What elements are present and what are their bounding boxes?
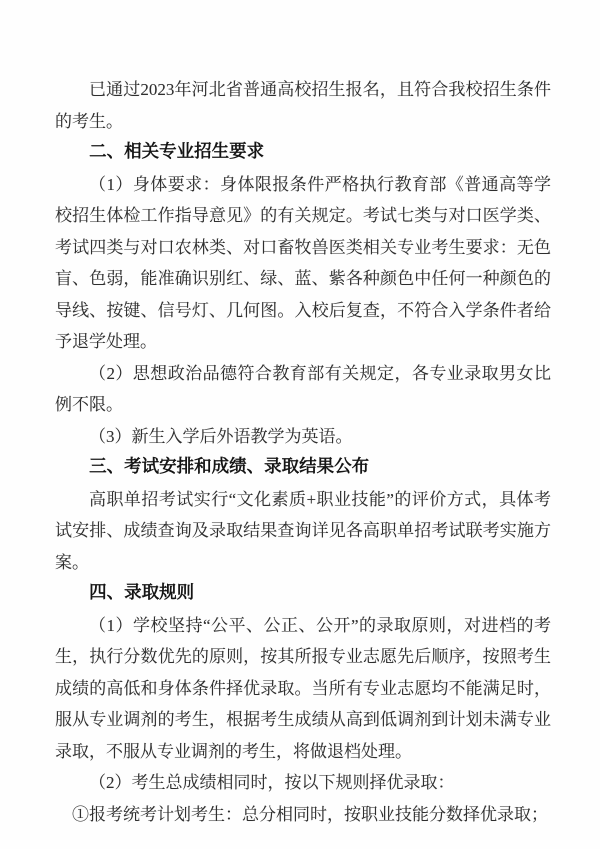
paragraph-physical-requirements: （1）身体要求：身体限报条件严格执行教育部《普通高等学校招生体检工作指导意见》的… xyxy=(55,169,551,358)
document-page: 已通过2023年河北省普通高校招生报名，且符合我校招生条件的考生。 二、相关专业… xyxy=(0,0,600,849)
paragraph-exam-evaluation: 高职单招考试实行“文化素质+职业技能”的评价方式，具体考试安排、成绩查询及录取结… xyxy=(55,484,551,579)
paragraph-tie-break-rule: （2）考生总成绩相同时，按以下规则择优录取： xyxy=(55,767,551,799)
paragraph-admission-principle: （1）学校坚持“公平、公正、公开”的录取原则，对进档的考生，执行分数优先的原则，… xyxy=(55,610,551,768)
section-heading-4-admission-rules: 四、录取规则 xyxy=(55,578,551,610)
document-content: 已通过2023年河北省普通高校招生报名，且符合我校招生条件的考生。 二、相关专业… xyxy=(55,74,551,830)
paragraph-eligibility: 已通过2023年河北省普通高校招生报名，且符合我校招生条件的考生。 xyxy=(55,74,551,137)
paragraph-political-morality: （2）思想政治品德符合教育部有关规定，各专业录取男女比例不限。 xyxy=(55,358,551,421)
paragraph-tie-break-item-1: ①报考统考计划考生：总分相同时，按职业技能分数择优录取； xyxy=(55,799,551,831)
paragraph-foreign-language: （3）新生入学后外语教学为英语。 xyxy=(55,421,551,453)
section-heading-3-exam-arrangement: 三、考试安排和成绩、录取结果公布 xyxy=(55,452,551,484)
section-heading-2-related-major-requirements: 二、相关专业招生要求 xyxy=(55,137,551,169)
